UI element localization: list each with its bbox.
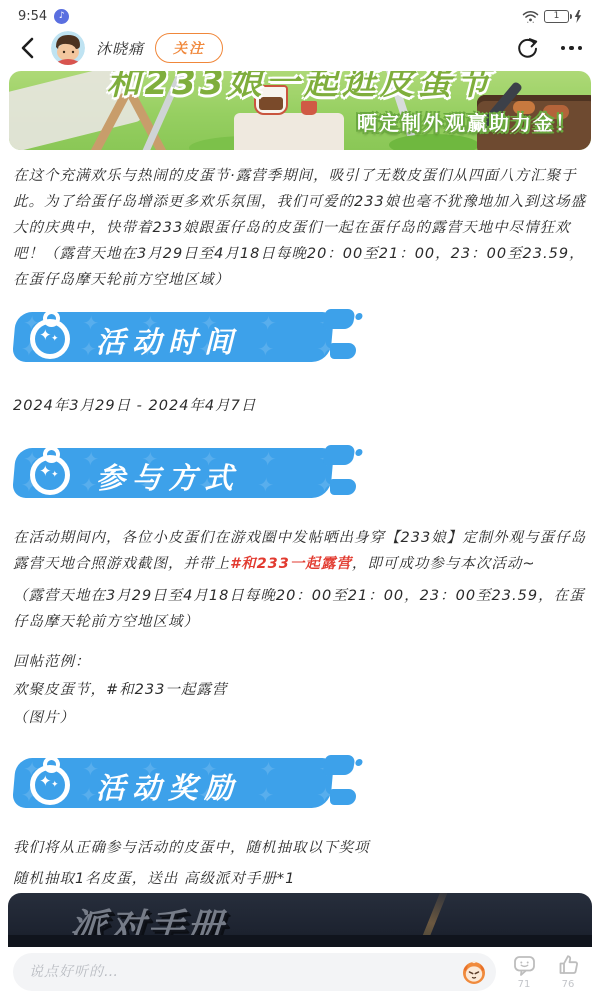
section-title: 参与方式 bbox=[96, 456, 240, 497]
stopwatch-sparkle-icon: ✦✦ bbox=[30, 455, 70, 495]
follow-button[interactable]: 关注 bbox=[155, 33, 223, 63]
status-bar: 9:54 ♪ 1 bbox=[0, 0, 600, 26]
rewards-intro-text: 我们将从正确参与活动的皮蛋中，随机抽取以下奖项 bbox=[13, 835, 587, 861]
post-intro-text: 在这个充满欢乐与热闹的皮蛋节·露营季期间，吸引了无数皮蛋们从四面八方汇聚于此。为… bbox=[13, 163, 587, 293]
nav-bar: 沐晓痛 关注 bbox=[0, 28, 600, 68]
post-detail-page: 9:54 ♪ 1 bbox=[0, 0, 600, 1000]
post-banner-image[interactable]: 和233娘一起逛皮蛋节 晒定制外观赢助力金！ bbox=[9, 71, 591, 150]
banner-subtitle: 晒定制外观赢助力金！ bbox=[357, 107, 577, 136]
section-header-participation: ✦✦ 参与方式 bbox=[12, 443, 364, 503]
stopwatch-sparkle-icon: ✦✦ bbox=[30, 765, 70, 805]
back-button[interactable] bbox=[18, 37, 40, 59]
charging-bolt-icon bbox=[574, 10, 582, 23]
comment-bar: 71 76 bbox=[0, 947, 600, 1000]
like-count: 76 bbox=[562, 979, 575, 990]
banner-table-shape bbox=[234, 113, 344, 150]
reward-item: 随机抽取1名皮蛋，送出 高级派对手册*1 bbox=[13, 867, 587, 892]
avatar[interactable] bbox=[51, 31, 85, 65]
comment-bubble-icon bbox=[512, 953, 537, 978]
wifi-icon bbox=[522, 9, 539, 23]
section-header-foot bbox=[330, 789, 356, 805]
thumbs-up-icon bbox=[556, 953, 581, 978]
section-header-rewards: ✦✦ 活动奖励 bbox=[12, 753, 364, 813]
reply-example-text: 欢聚皮蛋节，#和233一起露营 bbox=[13, 677, 587, 703]
comment-input[interactable] bbox=[29, 964, 459, 980]
battery-icon: 1 bbox=[544, 10, 569, 23]
banner-grass-shape bbox=[389, 134, 479, 150]
stopwatch-sparkle-icon: ✦✦ bbox=[30, 319, 70, 359]
section-header-tail bbox=[322, 445, 356, 465]
more-options-icon[interactable] bbox=[561, 46, 583, 51]
comments-button[interactable]: 71 bbox=[508, 953, 540, 990]
section-title: 活动时间 bbox=[96, 320, 240, 361]
participation-note: （露营天地在3月29日至4月18日每晚20：00至21：00，23：00至23.… bbox=[13, 583, 587, 635]
bottom-image-floor bbox=[8, 935, 592, 947]
banner-title: 和233娘一起逛皮蛋节 bbox=[107, 71, 494, 104]
share-icon[interactable] bbox=[515, 36, 539, 60]
section-header-tail bbox=[322, 309, 356, 329]
section-header-foot bbox=[330, 479, 356, 495]
hashtag-link[interactable]: #和233一起露营 bbox=[230, 556, 352, 572]
like-button[interactable]: 76 bbox=[552, 953, 584, 990]
post-bottom-image[interactable]: 派对手册 bbox=[8, 893, 592, 947]
section-header-tail bbox=[322, 755, 356, 775]
section-header-activity-time: ✦✦ 活动时间 bbox=[12, 307, 364, 367]
notification-app-icon: ♪ bbox=[54, 9, 69, 24]
author-username[interactable]: 沐晓痛 bbox=[96, 38, 144, 59]
participation-text: 在活动期间内，各位小皮蛋们在游戏圈中发帖晒出身穿【233娘】定制外观与蛋仔岛露营… bbox=[13, 525, 587, 577]
participation-text-after: ，即可成功参与本次活动~ bbox=[352, 556, 536, 572]
comment-input-container[interactable] bbox=[13, 953, 496, 991]
sticker-icon[interactable] bbox=[459, 957, 489, 987]
reply-example-label: 回帖范例： bbox=[13, 649, 587, 675]
clock-time: 9:54 bbox=[18, 9, 47, 24]
section-title: 活动奖励 bbox=[96, 766, 240, 807]
reply-image-placeholder: （图片） bbox=[13, 705, 587, 731]
section-header-foot bbox=[330, 343, 356, 359]
comment-count: 71 bbox=[518, 979, 531, 990]
date-range-text: 2024年3月29日 - 2024年4月7日 bbox=[13, 393, 587, 419]
